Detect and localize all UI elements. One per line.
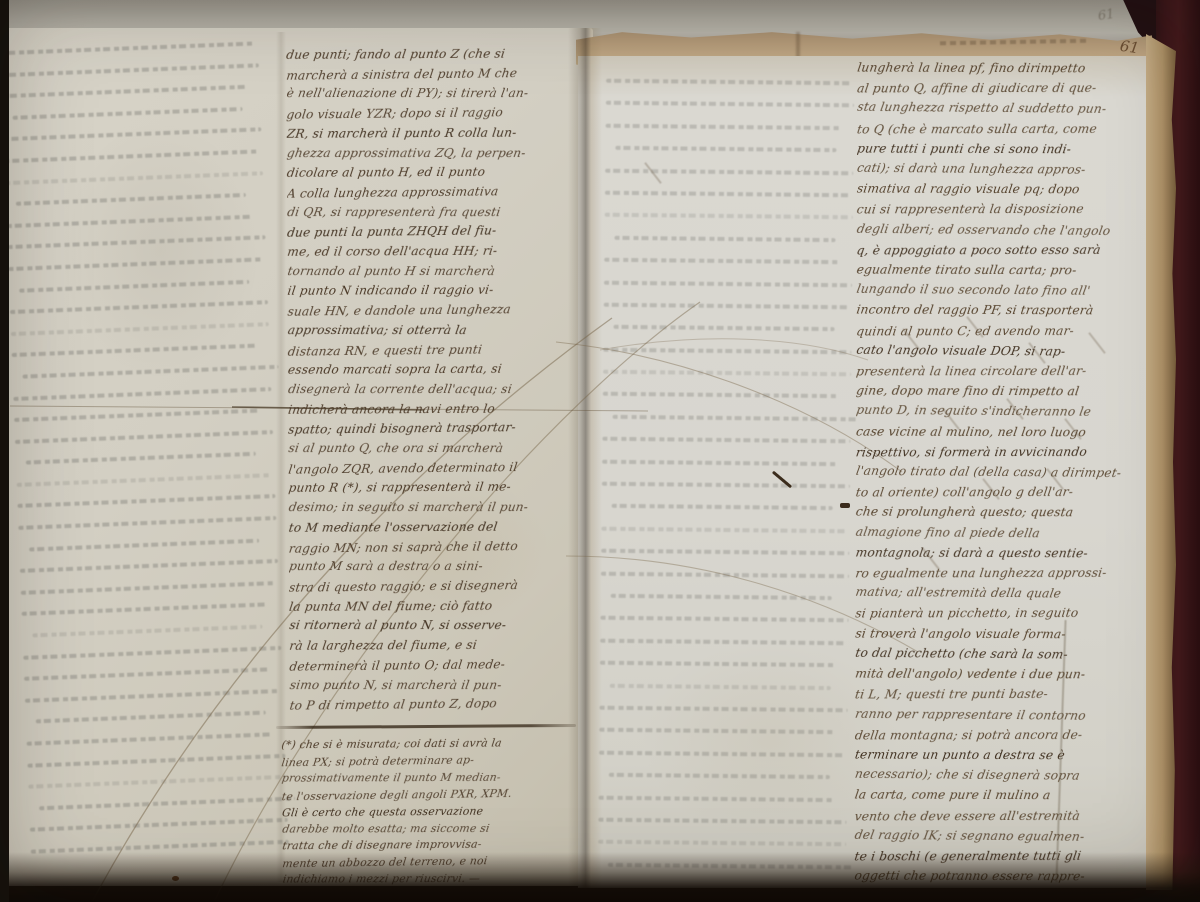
handwritten-line: to M mediante l'osservazione del	[287, 517, 581, 538]
handwritten-line: punto M sarà a destra o a sini-	[288, 557, 582, 577]
handwritten-line: punto R (*), si rappresenterà il me-	[287, 478, 582, 499]
left-page-text-column: due punti; fando al punto Z (che simarch…	[286, 44, 582, 718]
folio-number: 61	[1119, 37, 1140, 57]
handwritten-line: pure tutti i punti che si sono indi-	[856, 138, 1158, 159]
handwritten-line: della montagna; si potrà ancora de-	[855, 724, 1157, 745]
handwritten-line: si pianterà un picchetto, in seguito	[855, 603, 1157, 624]
handwritten-line: l'angolo tirato dal (della casa) a dirim…	[855, 461, 1158, 484]
handwritten-line: q, è appoggiato a poco sotto esso sarà	[855, 239, 1157, 260]
handwritten-line: ZR, si marcherà il punto R colla lun-	[286, 123, 580, 144]
handwritten-line: Gli è certo che questa osservazione	[281, 802, 580, 822]
handwritten-line: simo punto N, si marcherà il pun-	[288, 675, 582, 695]
handwritten-line: dicolare al punto H, ed il punto	[286, 162, 580, 183]
handwritten-line: gine, dopo mare fino di rimpetto al	[855, 381, 1158, 402]
handwritten-line: si troverà l'angolo visuale forma-	[855, 623, 1157, 644]
left-scan-edge	[0, 0, 9, 902]
right-page-text-column: lungherà la linea pf, fino dirimpettoal …	[855, 57, 1158, 884]
handwritten-line: il punto N indicando il raggio vi-	[286, 281, 581, 302]
handwritten-line: marcherà a sinistra del punto M che	[286, 63, 580, 86]
handwritten-line: almagione fino al piede della	[855, 521, 1158, 544]
handwritten-line: punto D, in seguito s'indicheranno le	[855, 400, 1158, 423]
handwritten-line: rispettivo, si formerà in avvicinando	[855, 441, 1158, 462]
handwritten-line: cati); si darà una lunghezza appros-	[855, 158, 1157, 181]
handwritten-line: to P di rimpetto al punto Z, dopo	[288, 694, 581, 717]
handwritten-line: to Q (che è marcato sulla carta, come	[856, 118, 1158, 139]
handwritten-line: stra di questo raggio; e si disegnerà	[288, 575, 582, 598]
handwritten-line: me, ed il corso dell'acqua HH; ri-	[286, 241, 580, 262]
handwritten-line: cato l'angolo visuale DOP, si rap-	[855, 340, 1158, 363]
manuscript-scan: due punti; fando al punto Z (che simarch…	[0, 0, 1200, 902]
handwritten-line: terminare un punto a destra se è	[855, 744, 1157, 765]
handwritten-line: desimo; in seguito si marcherà il pun-	[287, 498, 582, 518]
handwritten-line: due punti la punta ZHQH del fiu-	[286, 221, 580, 244]
handwritten-line: case vicine al mulino, nel loro luogo	[855, 421, 1158, 442]
handwritten-line: raggio MN; non si saprà che il detto	[287, 536, 581, 559]
handwritten-line: degli alberi; ed osservando che l'angolo	[855, 218, 1157, 241]
handwritten-line: disegnerà la corrente dell'acqua; si	[287, 380, 582, 400]
handwritten-line: to dal picchetto (che sarà la som-	[855, 643, 1157, 666]
handwritten-line: quindi al punto C; ed avendo mar-	[855, 320, 1157, 341]
handwritten-line: si ritornerà al punto N, si osserve-	[288, 616, 582, 636]
handwritten-line: presenterà la linea circolare dell'ar-	[855, 361, 1158, 382]
handwritten-line: la punta MN del fiume; ciò fatto	[288, 596, 582, 617]
handwritten-line: di QR, si rappresenterà fra questi	[286, 203, 580, 223]
handwritten-line: ti L, M; questi tre punti baste-	[855, 684, 1157, 705]
handwritten-line: lungherà la linea pf, fino dirimpetto	[856, 57, 1157, 78]
handwritten-line: ro egualmente una lunghezza approssi-	[855, 563, 1158, 584]
handwritten-line: al punto Q, affine di giudicare di que-	[856, 78, 1158, 99]
handwritten-line: lungando il suo secondo lato fino all'	[855, 279, 1157, 302]
handwritten-line: montagnola; si darà a questo sentie-	[855, 542, 1158, 563]
handwritten-line: simativa al raggio visuale pq; dopo	[856, 179, 1158, 200]
handwritten-line: si al punto Q, che ora si marcherà	[287, 439, 582, 459]
handwritten-line: spatto; quindi bisognerà trasportar-	[287, 418, 582, 441]
handwritten-line: distanza RN, e questi tre punti	[286, 339, 581, 362]
handwritten-line: egualmente tirato sulla carta; pro-	[855, 260, 1157, 281]
ink-blot	[840, 503, 850, 508]
handwritten-line: incontro del raggio PF, si trasporterà	[855, 300, 1157, 321]
handwritten-line: che si prolungherà questo; questa	[855, 502, 1158, 523]
handwritten-line: è nell'alienazione di PY); si tirerà l'a…	[286, 84, 580, 104]
handwritten-line: mità dell'angolo) vedente i due pun-	[855, 664, 1157, 685]
handwritten-line: necessario); che si disegnerà sopra	[855, 764, 1157, 787]
handwritten-line: suale HN, e dandole una lunghezza	[286, 299, 581, 322]
handwritten-line: rà la larghezza del fiume, e si	[288, 635, 582, 656]
handwritten-line: essendo marcati sopra la carta, si	[287, 359, 582, 380]
folio-pencil-mark: 61	[1097, 7, 1115, 24]
handwritten-line: due punti; fando al punto Z (che si	[286, 44, 579, 65]
handwritten-line: la carta, come pure il mulino a	[855, 785, 1157, 806]
handwritten-line: approssimativa; si otterrà la	[286, 321, 581, 341]
handwritten-line: sta lunghezza rispetto al suddetto pun-	[856, 97, 1158, 120]
handwritten-line: to al oriente) coll'angolo g dell'ar-	[855, 482, 1158, 503]
handwritten-line: mativa; all'estremità della quale	[855, 582, 1158, 605]
handwritten-line: golo visuale YZR; dopo si il raggio	[286, 102, 580, 125]
handwritten-line: ranno per rappresentare il contorno	[855, 703, 1157, 726]
handwritten-line: ghezza approssimativa ZQ, la perpen-	[286, 144, 580, 164]
handwritten-line: cui si rappresenterà la disposizione	[855, 199, 1157, 220]
handwritten-line: A colla lunghezza approssimativa	[286, 181, 580, 204]
handwritten-line: vento che deve essere all'estremità	[855, 805, 1157, 826]
bottom-scan-shadow	[0, 852, 1200, 902]
handwritten-line: determinerà il punto O; dal mede-	[288, 654, 582, 677]
handwritten-line: del raggio IK; si segnano egualmen-	[855, 824, 1157, 847]
handwritten-line: tornando al punto H si marcherà	[286, 262, 581, 282]
